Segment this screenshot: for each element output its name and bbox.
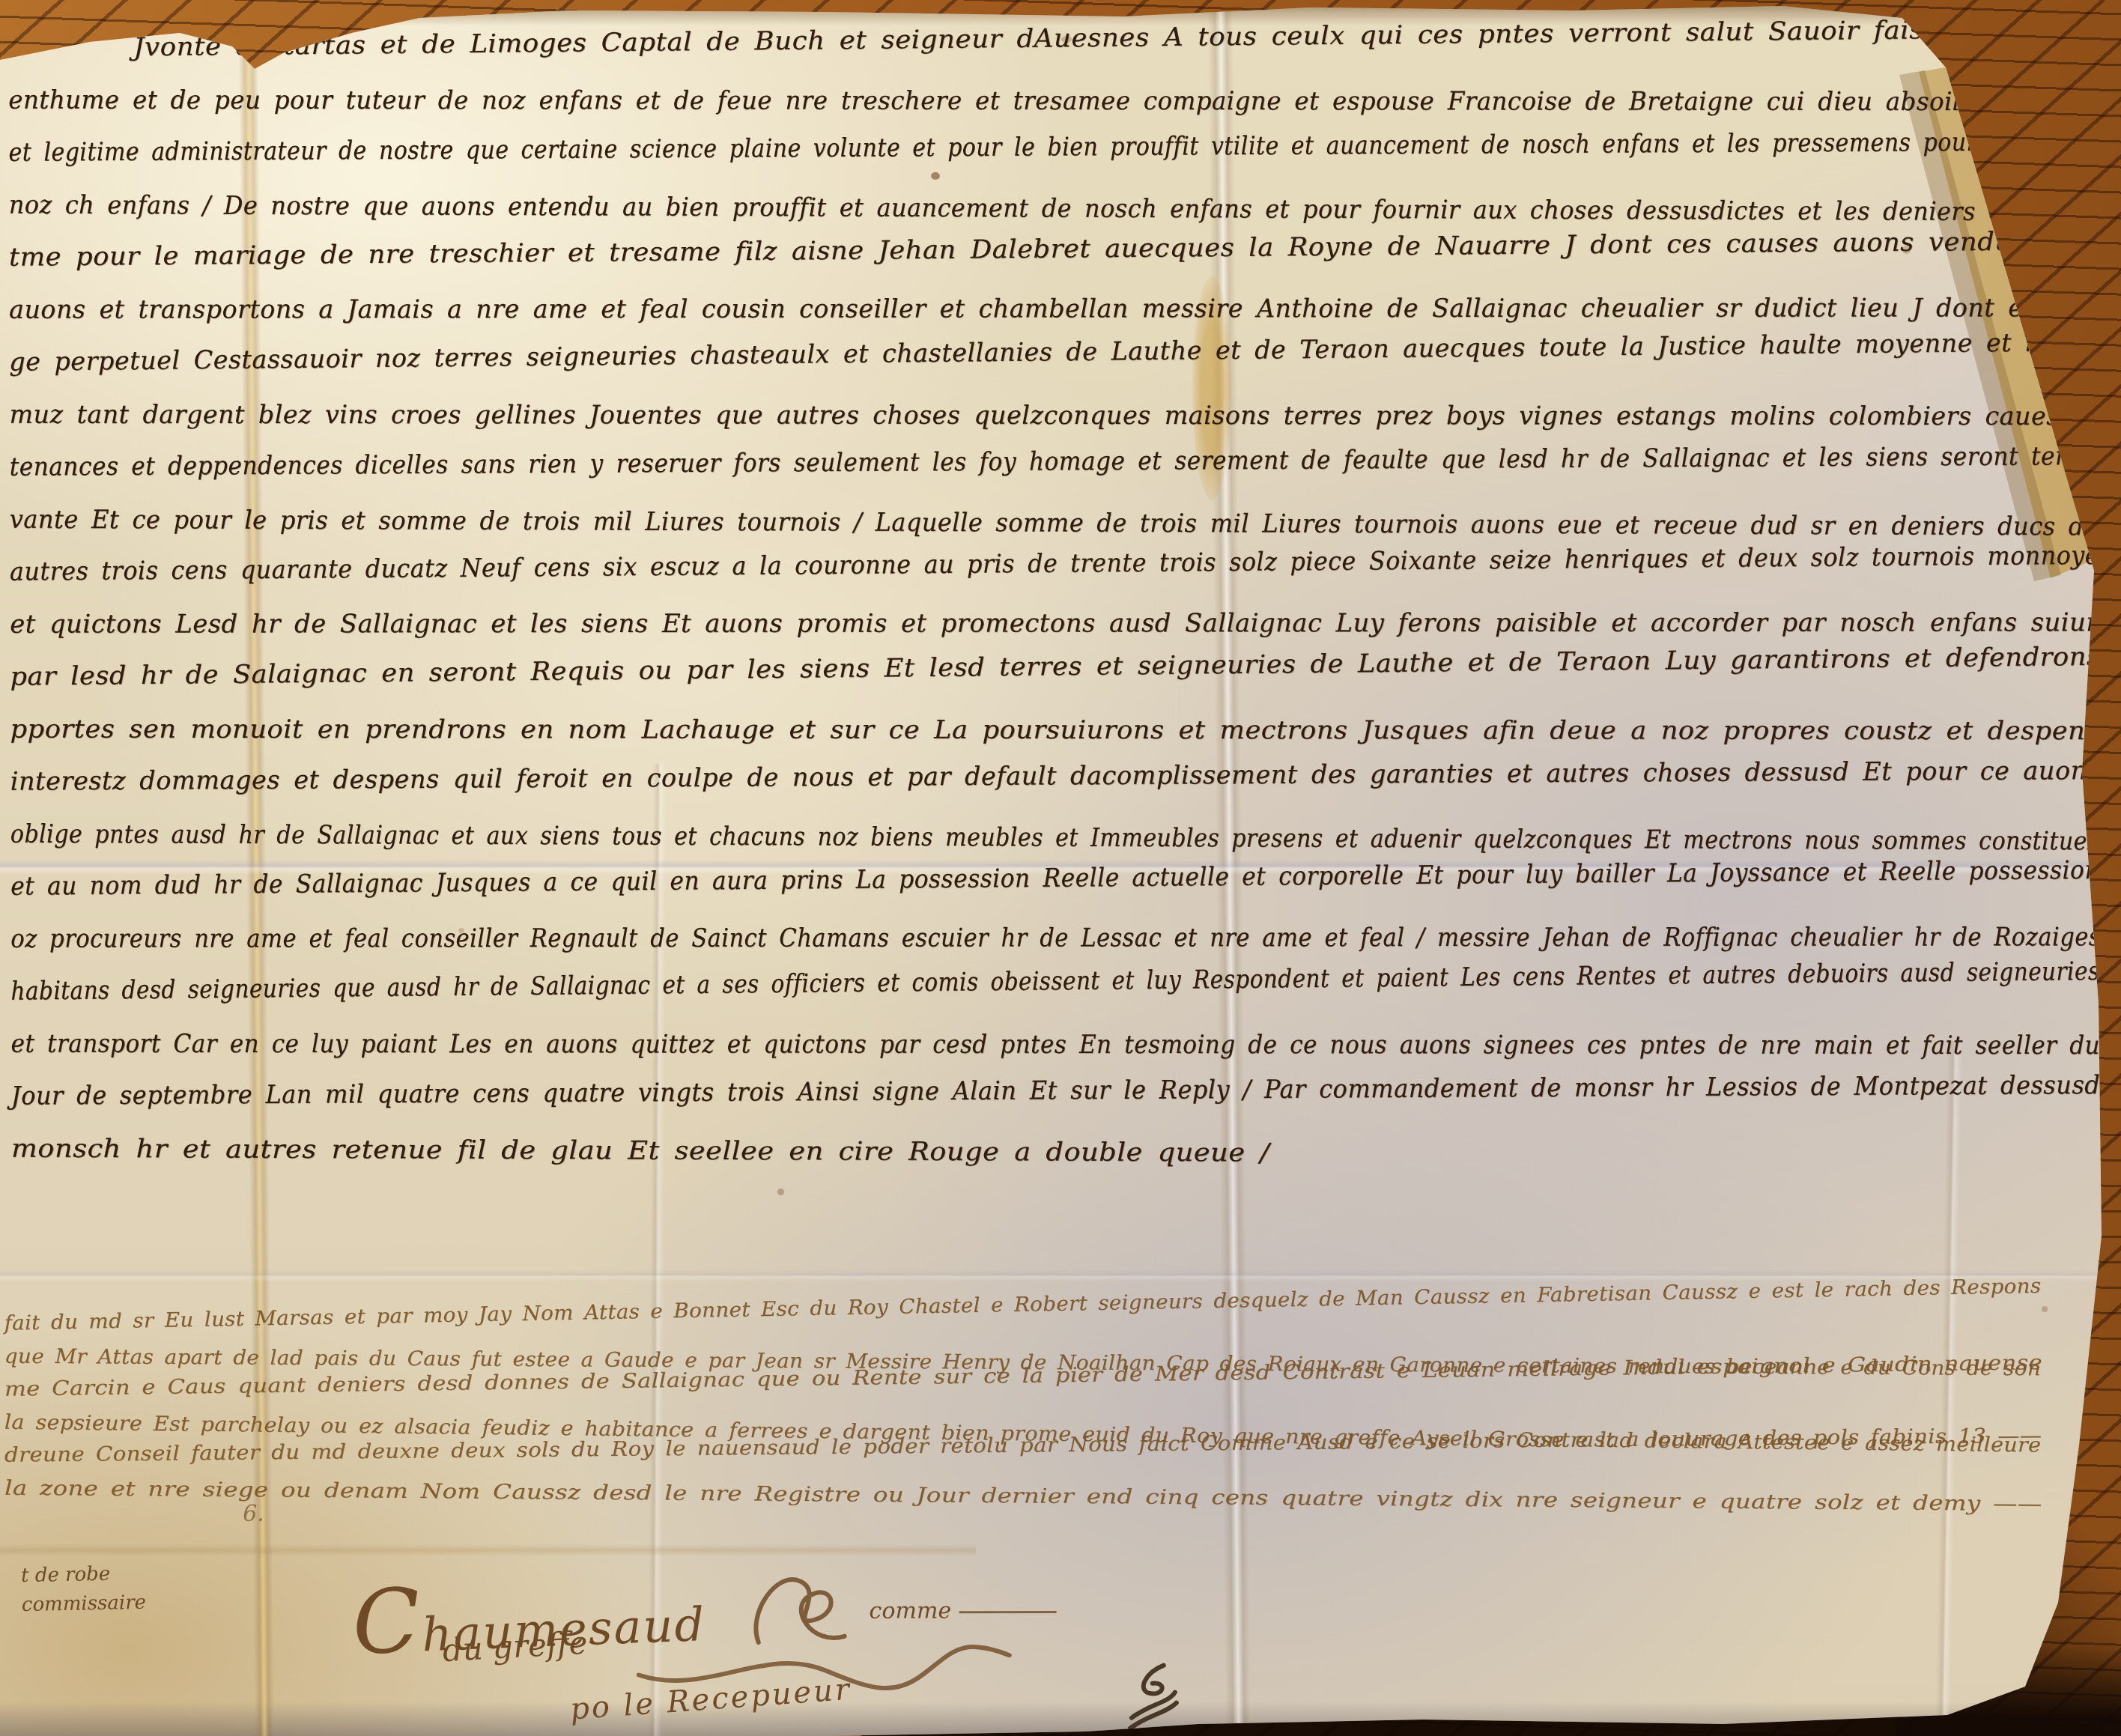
main-charter-text: Jvonte de tartas et de Limoges Captal de… xyxy=(2,27,2102,1201)
annotation-line: fait du md sr Eu lust Marsas et par moy … xyxy=(4,1275,2041,1336)
notary-paraph-mark-icon xyxy=(1123,1660,1183,1735)
signature-comme-text: comme xyxy=(870,1597,952,1624)
manuscript-line: enthume et de peu pour tuteur de noz enf… xyxy=(8,85,2099,118)
manuscript-line: et quictons Lesd hr de Sallaignac et les… xyxy=(10,607,2099,640)
manuscript-line: Jour de septembre Lan mil quatre cens qu… xyxy=(11,1070,2101,1111)
margin-note-line: commissaire xyxy=(22,1588,147,1620)
annotation-line: la zone et nre siege ou denam Nom Caussz… xyxy=(4,1477,2042,1517)
manuscript-line: Jvonte de tartas et de Limoges Captal de… xyxy=(133,13,2086,63)
signature-comme-note: comme xyxy=(870,1600,1057,1623)
manuscript-line: interestz dommages et despens quil feroi… xyxy=(10,756,2101,797)
manuscript-line: autres trois cens quarante ducatz Neuf c… xyxy=(10,541,2099,588)
manuscript-line: habitans desd seigneuries que ausd hr de… xyxy=(10,956,2099,1007)
manuscript-line: tenances et deppendences dicelles sans r… xyxy=(9,441,2099,482)
manuscript-line: et transport Car en ce luy paiant Les en… xyxy=(11,1029,2100,1061)
parchment-sheet: Jvonte de tartas et de Limoges Captal de… xyxy=(0,0,2121,1736)
signature-du-greffe: du greffe xyxy=(442,1627,589,1667)
manuscript-line: par lesd hr de Salaignac en seront Requi… xyxy=(10,642,2101,693)
manuscript-line: et au nom dud hr de Sallaignac Jusques a… xyxy=(10,855,2100,902)
margin-note-line: t de robe xyxy=(21,1559,146,1591)
manuscript-line: ge perpetuel Cestassauoir noz terres sei… xyxy=(9,327,2099,378)
manuscript-line: pportes sen monuoit en prendrons en nom … xyxy=(10,714,2099,747)
manuscript-line: oblige pntes ausd hr de Sallaignac et au… xyxy=(10,819,2099,858)
manuscript-line: vante Et ce pour le pris et somme de tro… xyxy=(10,505,2099,543)
handwriting-layer: Jvonte de tartas et de Limoges Captal de… xyxy=(0,0,2121,1736)
manuscript-line: et legitime administrateur de nostre que… xyxy=(8,127,2099,168)
manuscript-line: oz procureurs nre ame et feal conseiller… xyxy=(10,922,2101,954)
flourish-line-icon xyxy=(959,1611,1056,1613)
manuscript-photo: Jvonte de tartas et de Limoges Captal de… xyxy=(0,0,2121,1736)
margin-note: t de robe commissaire xyxy=(21,1559,147,1620)
manuscript-line: auons et transportons a Jamais a nre ame… xyxy=(9,293,2099,325)
notarial-annotation-text: fait du md sr Eu lust Marsas et par moy … xyxy=(4,1306,2072,1559)
signature-pour-le-receveur: po le Recepueur xyxy=(569,1675,852,1725)
manuscript-line: monsch hr et autres retenue fil de glau … xyxy=(11,1134,1269,1169)
manuscript-line: tme pour le mariage de nre treschier et … xyxy=(9,226,2099,273)
manuscript-line: noz ch enfans / De nostre que auons ente… xyxy=(9,190,2099,228)
stray-number-mark: 6. xyxy=(243,1503,264,1526)
manuscript-line: muz tant dargent blez vins croes gelline… xyxy=(9,400,2098,432)
